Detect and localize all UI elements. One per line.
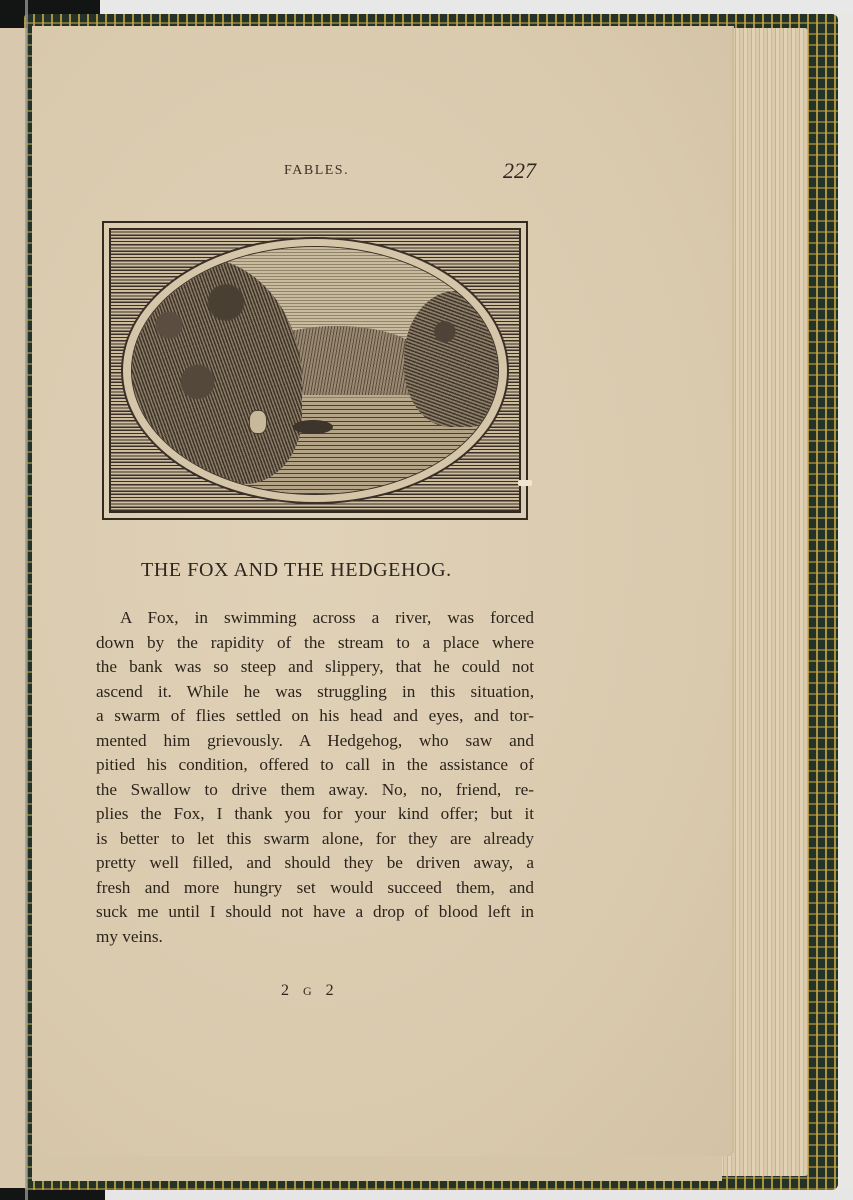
body-line: fresh and more hungry set would succeed … [96,876,534,901]
tree-right [404,291,499,427]
engraving-border [109,228,521,513]
body-line: the Swallow to drive them away. No, no, … [96,778,534,803]
body-line: a swarm of flies settled on his head and… [96,704,534,729]
body-line: my veins. [96,925,534,950]
facing-page-edge [0,28,27,1188]
signature-middle: G [303,984,317,998]
paper-tab [518,480,532,486]
body-line: plies the Fox, I thank you for your kind… [96,802,534,827]
page-number: 227 [503,158,536,184]
signature-left: 2 [281,982,294,999]
river-scene-icon [131,246,499,495]
body-line: the bank was so steep and slippery, that… [96,655,534,680]
oval-frame [121,237,509,504]
hedgehog-figure [293,420,333,434]
body-line: mented him grievously. A Hedgehog, who s… [96,729,534,754]
body-line: ascend it. While he was struggling in th… [96,680,534,705]
body-line: pitied his condition, offered to call in… [96,753,534,778]
body-line: is better to let this swarm alone, for t… [96,827,534,852]
body-line: pretty well filled, and should they be d… [96,851,534,876]
gutter-line [25,0,28,1200]
background-top [100,0,853,14]
fable-body: A Fox, in swimming across a river, was f… [96,606,534,949]
engraving-illustration [102,221,528,520]
running-head: FABLES. [284,163,349,179]
signature-mark: 2 G 2 [281,982,339,1000]
book-page [32,26,732,1156]
body-line: suck me until I should not have a drop o… [96,900,534,925]
body-line: A Fox, in swimming across a river, was f… [96,606,534,631]
fox-figure [249,410,267,434]
body-line: down by the rapidity of the stream to a … [96,631,534,656]
fable-title: THE FOX AND THE HEDGEHOG. [141,559,452,582]
signature-right: 2 [326,982,339,999]
